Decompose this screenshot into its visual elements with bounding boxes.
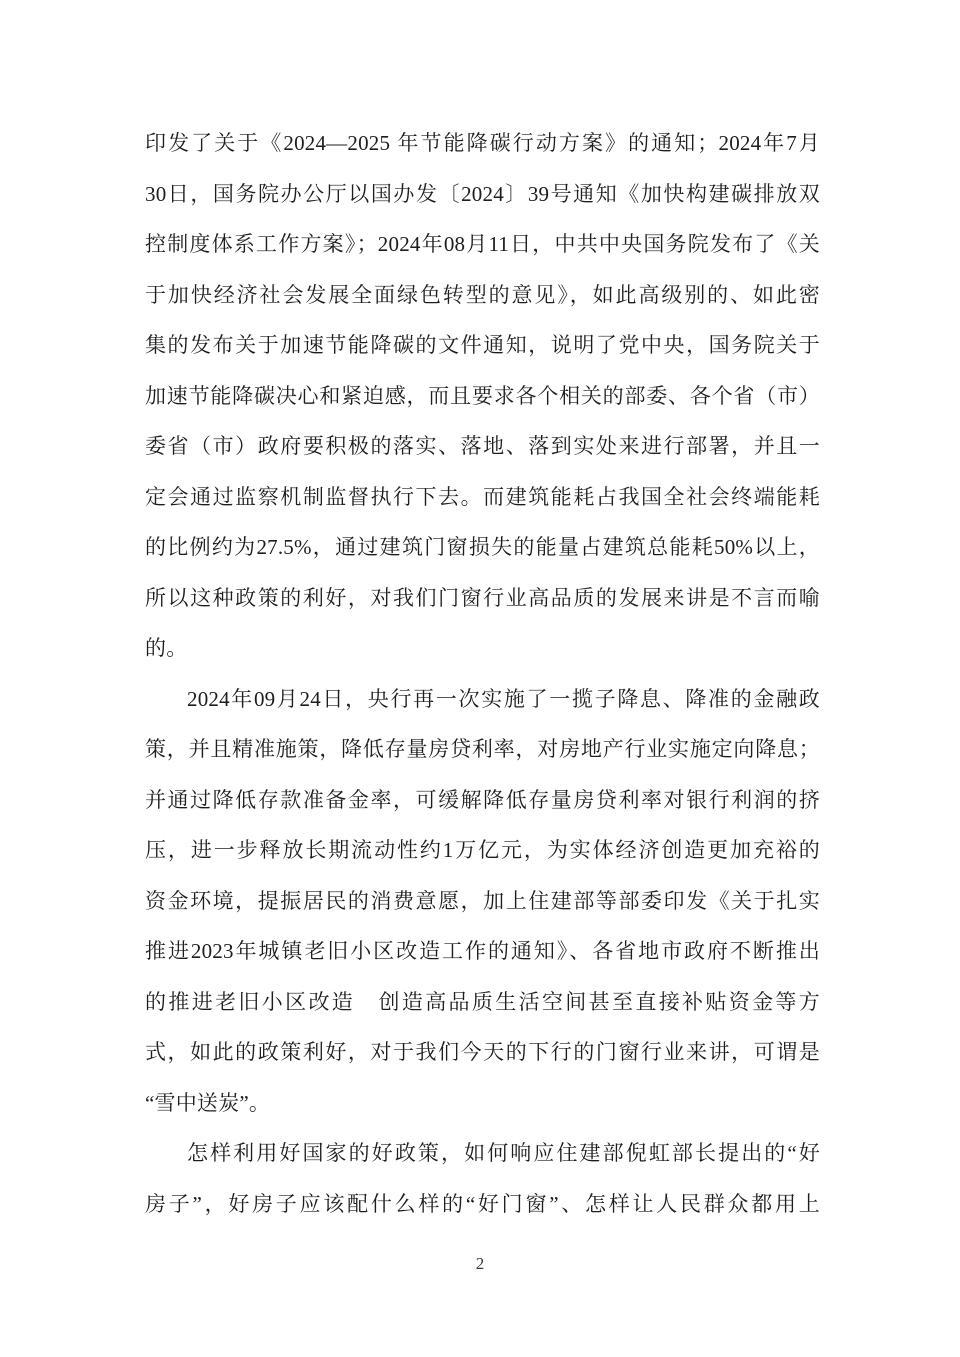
text-line: 怎样利用好国家的好政策，如何响应住建部倪虹部长提出的“好 (145, 1128, 820, 1179)
text-line: 策，并且精准施策，降低存量房贷利率，对房地产行业实施定向降息； (145, 724, 820, 775)
text-line: 的比例约为27.5%，通过建筑门窗损失的能量占建筑总能耗50%以上， (145, 522, 820, 573)
text-line: 加速节能降碳决心和紧迫感，而且要求各个相关的部委、各个省（市） (145, 371, 820, 422)
text-line: 委省（市）政府要积极的落实、落地、落到实处来进行部署，并且一 (145, 421, 820, 472)
text-line: 的推进老旧小区改造 创造高品质生活空间甚至直接补贴资金等方 (145, 977, 820, 1028)
text-line: 30日，国务院办公厅以国办发〔2024〕39号通知《加快构建碳排放双 (145, 169, 820, 220)
text-line: 印发了关于《2024—2025 年节能降碳行动方案》的通知；2024年7月 (145, 118, 820, 169)
text-line: 控制度体系工作方案》；2024年08月11日，中共中央国务院发布了《关 (145, 219, 820, 270)
text-line: 的。 (145, 623, 820, 674)
document-page: 印发了关于《2024—2025 年节能降碳行动方案》的通知；2024年7月30日… (0, 0, 960, 1357)
document-body: 印发了关于《2024—2025 年节能降碳行动方案》的通知；2024年7月30日… (145, 118, 820, 1229)
page-number: 2 (476, 1254, 485, 1273)
text-line: 压，进一步释放长期流动性约1万亿元，为实体经济创造更加充裕的 (145, 825, 820, 876)
text-line: 定会通过监察机制监督执行下去。而建筑能耗占我国全社会终端能耗 (145, 472, 820, 523)
text-line: 集的发布关于加速节能降碳的文件通知，说明了党中央，国务院关于 (145, 320, 820, 371)
text-line: 推进2023年城镇老旧小区改造工作的通知》、各省地市政府不断推出 (145, 926, 820, 977)
text-line: 房子”，好房子应该配什么样的“好门窗”、怎样让人民群众都用上 (145, 1179, 820, 1230)
text-line: 式，如此的政策利好，对于我们今天的下行的门窗行业来讲，可谓是 (145, 1027, 820, 1078)
text-line: 并通过降低存款准备金率，可缓解降低存量房贷利率对银行利润的挤 (145, 775, 820, 826)
text-line: 资金环境，提振居民的消费意愿，加上住建部等部委印发《关于扎实 (145, 876, 820, 927)
text-line: 2024年09月24日，央行再一次实施了一揽子降息、降准的金融政 (145, 674, 820, 725)
text-line: 于加快经济社会发展全面绿色转型的意见》，如此高级别的、如此密 (145, 270, 820, 321)
page-footer: 2 (0, 1252, 960, 1276)
text-line: “雪中送炭”。 (145, 1078, 820, 1129)
text-line: 所以这种政策的利好，对我们门窗行业高品质的发展来讲是不言而喻 (145, 573, 820, 624)
